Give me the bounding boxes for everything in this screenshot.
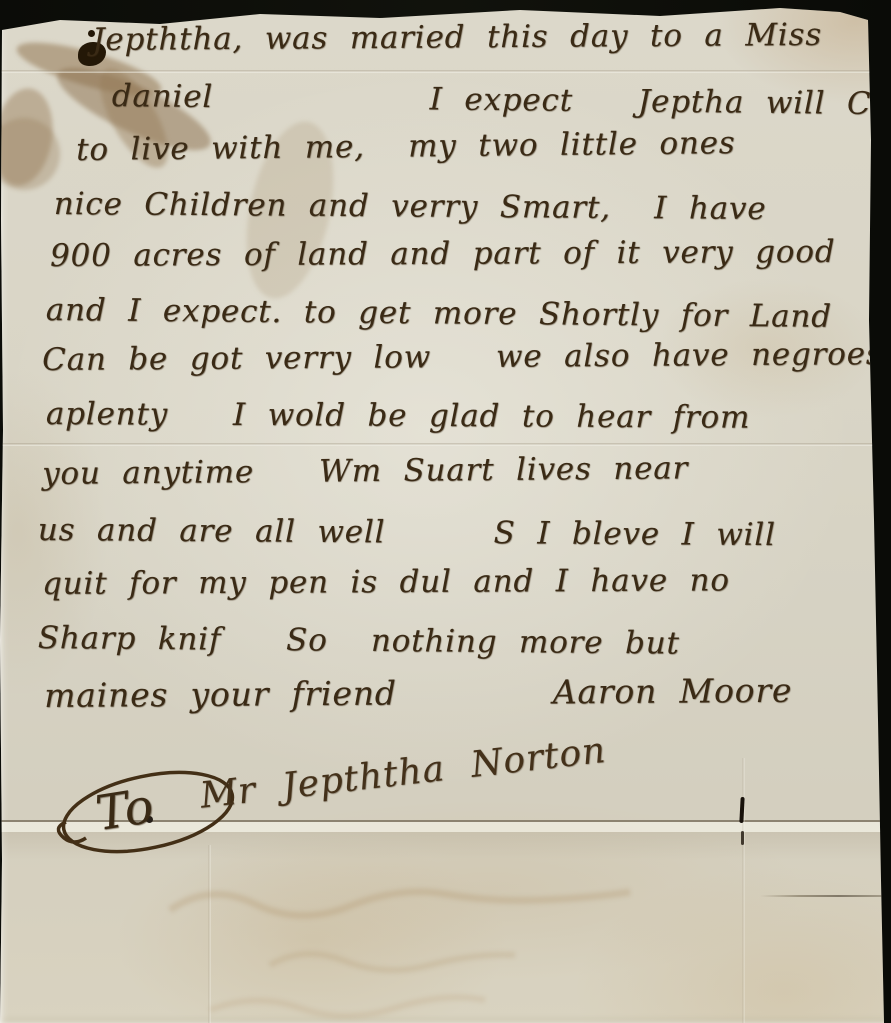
fold-crease (0, 443, 891, 446)
scanned-letter-screenshot: Jepththa, was maried this day to a Miss … (0, 0, 891, 1023)
letter-line: aplenty I wold be glad to hear from (46, 396, 751, 436)
letter-line: nice Children and verry Smart, I have (54, 186, 767, 227)
letter-line: Jepththa, was maried this day to a Miss (92, 17, 822, 58)
letter-line: daniel I expect Jeptha will Continue (112, 78, 891, 123)
letter-line: and I expect. to get more Shortly for La… (46, 292, 832, 335)
letter-paper: Jepththa, was maried this day to a Miss … (0, 0, 891, 1023)
letter-line: us and are all well S I bleve I will (38, 512, 776, 553)
letter-line-signature: maines your friend Aaron Moore (44, 671, 792, 715)
letter-line: you anytime Wm Suart lives near (42, 450, 688, 492)
letter-line: Can be got verry low we also have negroe… (42, 336, 883, 378)
letter-line: 900 acres of land and part of it very go… (50, 234, 836, 274)
address-to-label: To (92, 778, 157, 842)
bleedthrough-writing (150, 870, 770, 1023)
address-recipient: Mr Jepththa Norton (198, 730, 608, 817)
letter-line: Sharp knif So nothing more but (38, 620, 680, 662)
fold-crease-right (760, 895, 891, 897)
letter-line: quit for my pen is dul and I have no (42, 562, 730, 602)
fold-crease (0, 70, 891, 73)
seal-slit-lower (741, 831, 744, 845)
letter-line: to live with me, my two little ones (76, 125, 736, 168)
